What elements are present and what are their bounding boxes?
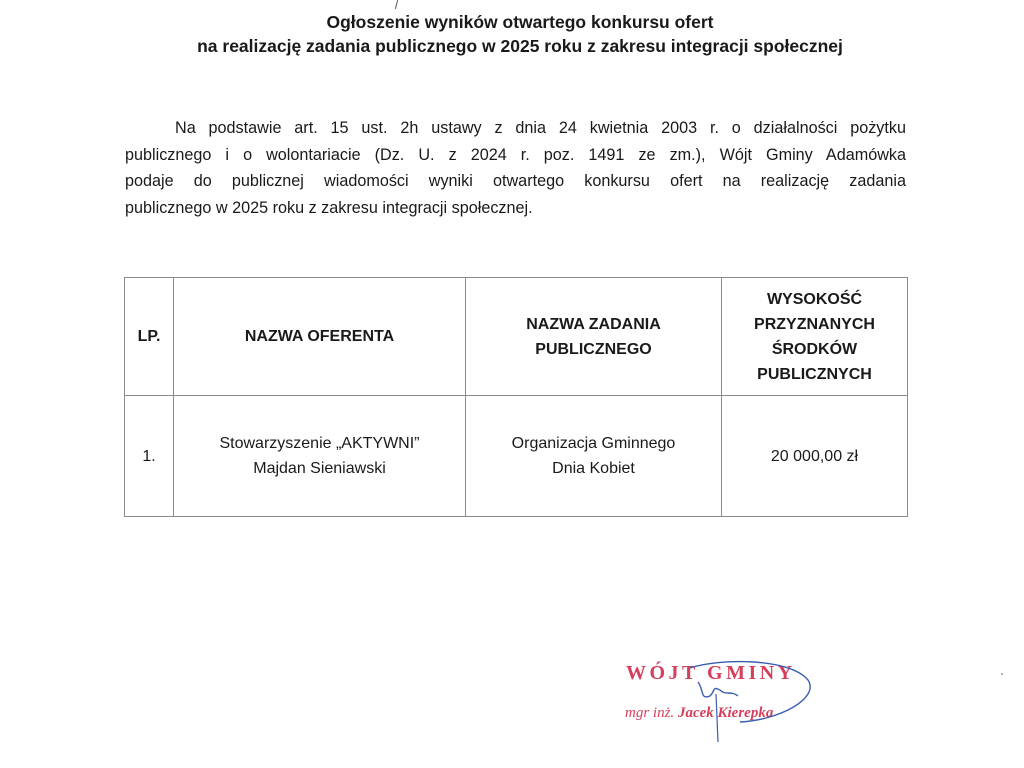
scan-speck: [1001, 673, 1003, 675]
cell-kwota: 20 000,00 zł: [722, 396, 908, 517]
cell-lp: 1.: [125, 396, 174, 517]
signature-icon: [660, 660, 820, 750]
document-title-line-1: Ogłoszenie wyników otwartego konkursu of…: [0, 10, 1024, 34]
header-kwota: WYSOKOŚĆ PRZYZNANYCH ŚRODKÓW PUBLICZNYCH: [722, 278, 908, 396]
paragraph-line: publicznego w 2025 roku z zakresu integr…: [125, 195, 906, 222]
paragraph-line: Na podstawie art. 15 ust. 2h ustawy z dn…: [125, 115, 906, 142]
header-lp: LP.: [125, 278, 174, 396]
cell-oferent: Stowarzyszenie „AKTYWNI” Majdan Sieniaws…: [174, 396, 466, 517]
document-title-line-2: na realizację zadania publicznego w 2025…: [0, 34, 1024, 58]
results-table: LP. NAZWA OFERENTA NAZWA ZADANIA PUBLICZ…: [124, 277, 908, 517]
paragraph-line: podaje do publicznej wiadomości wyniki o…: [125, 168, 906, 195]
intro-paragraph: Na podstawie art. 15 ust. 2h ustawy z dn…: [125, 115, 906, 221]
paragraph-line: publicznego i o wolontariacie (Dz. U. z …: [125, 142, 906, 169]
pen-mark: [395, 0, 398, 9]
table-row: 1. Stowarzyszenie „AKTYWNI” Majdan Sieni…: [125, 396, 908, 517]
header-oferent: NAZWA OFERENTA: [174, 278, 466, 396]
cell-zadanie: Organizacja Gminnego Dnia Kobiet: [466, 396, 722, 517]
table-header-row: LP. NAZWA OFERENTA NAZWA ZADANIA PUBLICZ…: [125, 278, 908, 396]
header-zadanie: NAZWA ZADANIA PUBLICZNEGO: [466, 278, 722, 396]
